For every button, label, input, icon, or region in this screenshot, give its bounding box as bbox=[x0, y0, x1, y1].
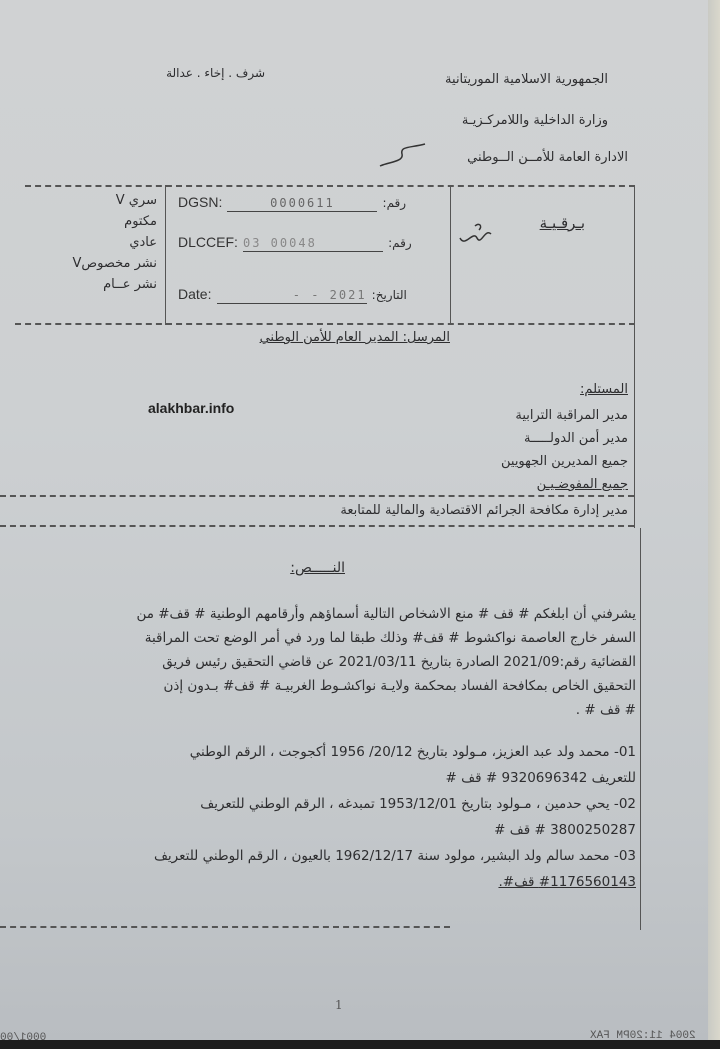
classification-option: عادي bbox=[73, 232, 158, 253]
dgsn-ar-label: رقم: bbox=[383, 196, 407, 210]
followup-recipient: مدير إدارة مكافحة الجرائم الاقتصادية وال… bbox=[340, 503, 628, 518]
handwritten-mark-icon bbox=[455, 220, 505, 250]
classification-option: نشر عــام bbox=[73, 274, 158, 295]
person-details: 03- محمد سالم ولد البشير، مولود سنة 1962… bbox=[154, 843, 636, 869]
box-divider-left bbox=[165, 185, 166, 325]
body-line: التحقيق الخاص بمكافحة الفساد بمحكمة ولاي… bbox=[136, 674, 636, 698]
classification-option: نشر مخصوصV bbox=[73, 253, 158, 274]
body-line: يشرفني أن ابلغكم # قف # منع الاشخاص التا… bbox=[136, 602, 636, 626]
motto: شرف . إخاء . عدالة bbox=[166, 66, 265, 80]
date-label: Date: bbox=[178, 286, 211, 302]
classification-list: سري V مكتوم عادي نشر مخصوصV نشر عــام bbox=[73, 190, 158, 295]
directorate-name: الادارة العامة للأمــن الــوطني bbox=[467, 150, 628, 165]
page-number: 1 bbox=[335, 998, 343, 1012]
person-entry: 02- يحي حدمين ، مـولود بتاريخ 1953/12/01… bbox=[154, 791, 636, 843]
fax-header-left: 0001/00 bbox=[0, 1032, 46, 1040]
end-separator-line bbox=[0, 926, 450, 928]
recipients-list: مدير المراقبة الترابية مدير أمن الدولـــ… bbox=[501, 404, 628, 496]
box-right-border bbox=[634, 185, 635, 528]
sender: المرسل: المدير العام للأمن الوطني bbox=[260, 330, 450, 345]
dgsn-number: 0000611 bbox=[270, 196, 335, 210]
persons-list: 01- محمد ولد عبد العزيز، مـولود بتاريخ 2… bbox=[154, 739, 636, 895]
box-top-border bbox=[25, 185, 635, 187]
dgsn-label: DGSN: bbox=[178, 194, 222, 210]
country-name: الجمهورية الاسلامية الموريتانية bbox=[445, 72, 608, 87]
person-id: للتعريف 9320696342 # قف # bbox=[154, 765, 636, 791]
watermark: alakhbar.info bbox=[148, 400, 234, 416]
classification-option: سري V bbox=[73, 190, 158, 211]
recipient: جميع المفوضـيـن bbox=[501, 473, 628, 496]
recipient: جميع المديرين الجهويين bbox=[501, 450, 628, 473]
document-page: شرف . إخاء . عدالة الجمهورية الاسلامية ا… bbox=[0, 0, 720, 1040]
box-bottom-border bbox=[15, 323, 635, 325]
body-line: القضائية رقم:2021/09 الصادرة بتاريخ 2021… bbox=[136, 650, 636, 674]
body-line: # قف # . bbox=[136, 698, 636, 722]
fax-header-right: 2004 11:20PM FAX bbox=[590, 1030, 696, 1040]
date-ar-label: التاريخ: bbox=[372, 288, 407, 302]
dlccef-number: 03 00048 bbox=[243, 236, 317, 250]
text-right-border bbox=[640, 528, 641, 930]
date-field: Date: - - 2021 التاريخ: bbox=[178, 284, 448, 304]
date-value: - - 2021 bbox=[293, 288, 367, 302]
dlccef-ar-label: رقم: bbox=[388, 236, 412, 250]
person-details: 02- يحي حدمين ، مـولود بتاريخ 1953/12/01… bbox=[154, 791, 636, 817]
person-details: 01- محمد ولد عبد العزيز، مـولود بتاريخ 2… bbox=[154, 739, 636, 765]
signature-mark-icon bbox=[370, 140, 430, 170]
ministry-name: وزارة الداخلية واللامركـزيـة bbox=[462, 113, 608, 128]
document-type: بـرقـيـة bbox=[540, 214, 585, 232]
recipients-heading: المستلم: bbox=[580, 382, 628, 397]
person-id: 3800250287 # قف # bbox=[154, 817, 636, 843]
bottom-bar bbox=[0, 1040, 720, 1049]
person-id: #1176560143 قف#. bbox=[154, 869, 636, 895]
person-entry: 01- محمد ولد عبد العزيز، مـولود بتاريخ 2… bbox=[154, 739, 636, 791]
classification-option: مكتوم bbox=[73, 211, 158, 232]
directorate-text: الادارة العامة للأمــن الــوطني bbox=[467, 150, 628, 165]
recipient: مدير أمن الدولـــــة bbox=[501, 427, 628, 450]
dlccef-label: DLCCEF: bbox=[178, 234, 238, 250]
paper-edge bbox=[708, 0, 720, 1040]
person-entry: 03- محمد سالم ولد البشير، مولود سنة 1962… bbox=[154, 843, 636, 895]
box-divider-right bbox=[450, 185, 451, 325]
dgsn-field: DGSN: 0000611 رقم: bbox=[178, 192, 448, 212]
body-line: السفر خارج العاصمة نواكشوط # قف# وذلك طب… bbox=[136, 626, 636, 650]
dlccef-field: DLCCEF: 03 00048 رقم: bbox=[178, 232, 448, 252]
separator-line bbox=[0, 495, 634, 497]
text-heading: النـــــص: bbox=[290, 560, 345, 576]
recipient: مدير المراقبة الترابية bbox=[501, 404, 628, 427]
body-paragraph: يشرفني أن ابلغكم # قف # منع الاشخاص التا… bbox=[136, 602, 636, 722]
separator-line bbox=[0, 525, 634, 527]
